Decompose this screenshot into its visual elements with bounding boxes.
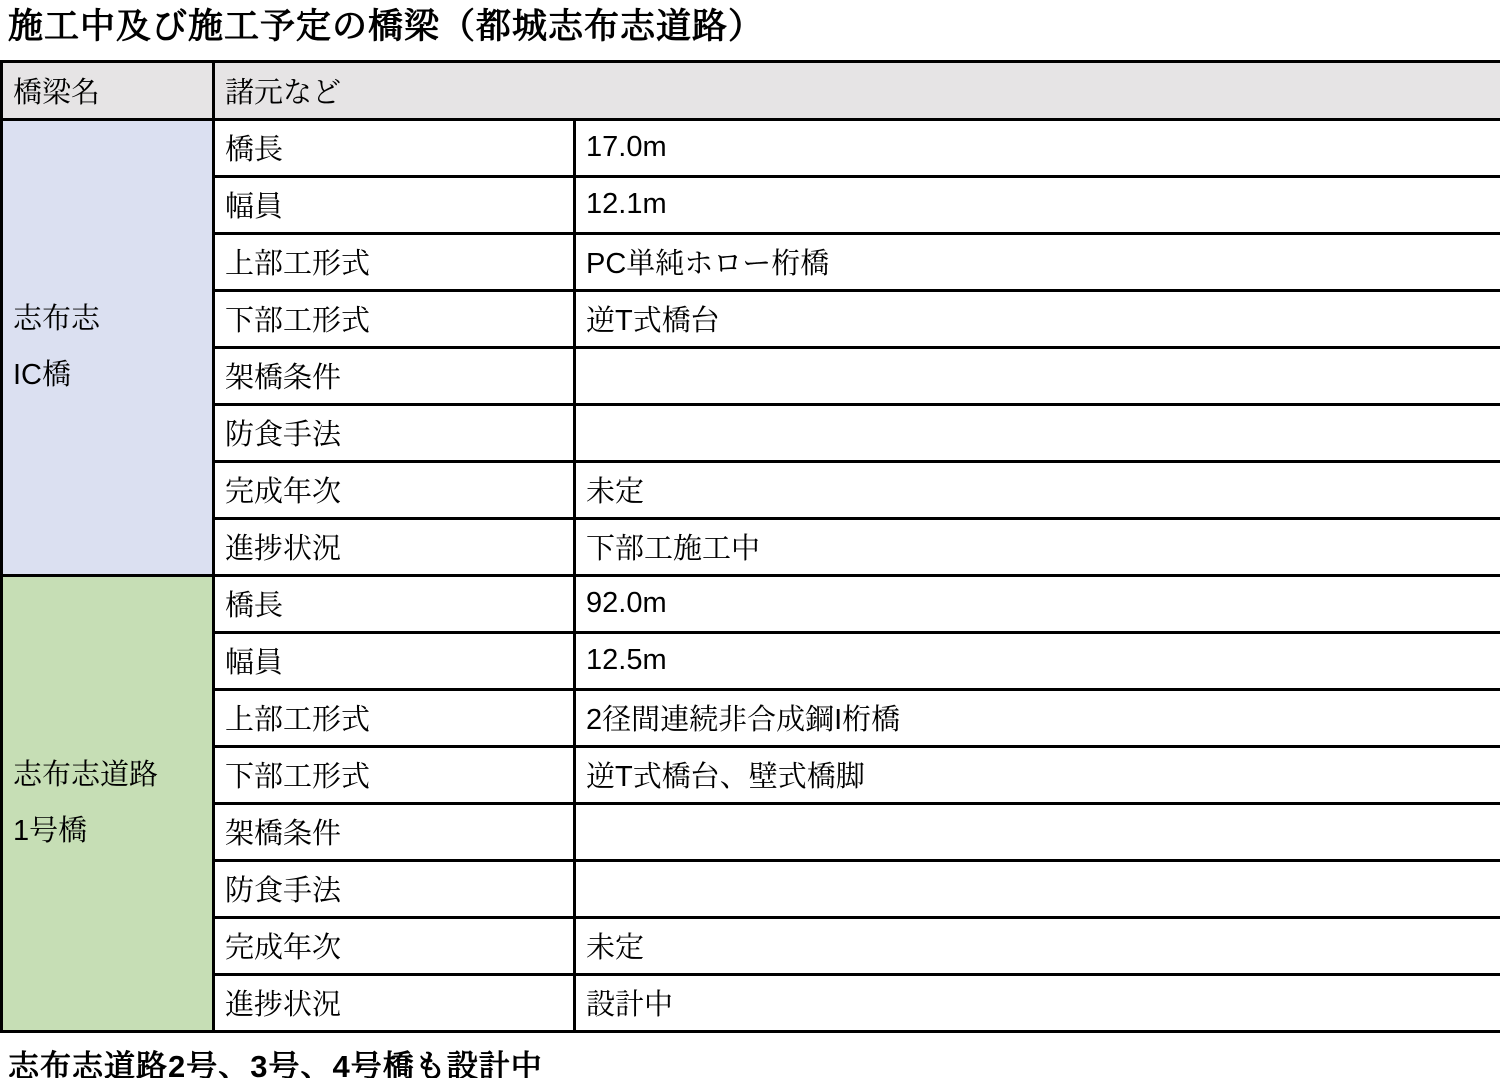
- header-specs: 諸元など: [214, 61, 1500, 119]
- table-row: 下部工形式逆T式橋台: [2, 290, 1500, 347]
- table-row: 進捗状況下部工施工中: [2, 518, 1500, 575]
- spec-label-cell: 進捗状況: [214, 518, 575, 575]
- bridge-name-cell: 志布志道路1号橋: [2, 575, 214, 1031]
- spec-label-cell: 完成年次: [214, 917, 575, 974]
- spec-label-cell: 上部工形式: [214, 233, 575, 290]
- bridge-table: 橋梁名 諸元など 志布志IC橋橋長17.0m幅員12.1m上部工形式PC単純ホロ…: [0, 60, 1500, 1033]
- spec-label-cell: 上部工形式: [214, 689, 575, 746]
- spec-label-cell: 橋長: [214, 119, 575, 176]
- header-bridge-name: 橋梁名: [2, 61, 214, 119]
- page-title: 施工中及び施工予定の橋梁（都城志布志道路）: [0, 0, 1500, 60]
- spec-value-cell: 17.0m: [575, 119, 1500, 176]
- spec-value-cell: [575, 860, 1500, 917]
- spec-label-cell: 幅員: [214, 632, 575, 689]
- spec-value-cell: 12.1m: [575, 176, 1500, 233]
- spec-label-cell: 防食手法: [214, 860, 575, 917]
- table-row: 完成年次未定: [2, 917, 1500, 974]
- spec-value-cell: 逆T式橋台、壁式橋脚: [575, 746, 1500, 803]
- table-row: 防食手法: [2, 860, 1500, 917]
- spec-value-cell: 下部工施工中: [575, 518, 1500, 575]
- table-row: 完成年次未定: [2, 461, 1500, 518]
- spec-value-cell: 未定: [575, 461, 1500, 518]
- spec-value-cell: 92.0m: [575, 575, 1500, 632]
- page: 施工中及び施工予定の橋梁（都城志布志道路） 橋梁名 諸元など 志布志IC橋橋長1…: [0, 0, 1500, 1078]
- spec-value-cell: [575, 404, 1500, 461]
- spec-value-cell: 2径間連続非合成鋼I桁橋: [575, 689, 1500, 746]
- spec-value-cell: [575, 347, 1500, 404]
- spec-label-cell: 下部工形式: [214, 290, 575, 347]
- table-row: 幅員12.5m: [2, 632, 1500, 689]
- table-row: 下部工形式逆T式橋台、壁式橋脚: [2, 746, 1500, 803]
- spec-label-cell: 橋長: [214, 575, 575, 632]
- spec-label-cell: 進捗状況: [214, 974, 575, 1031]
- table-row: 進捗状況設計中: [2, 974, 1500, 1031]
- spec-value-cell: [575, 803, 1500, 860]
- table-body: 志布志IC橋橋長17.0m幅員12.1m上部工形式PC単純ホロー桁橋下部工形式逆…: [2, 119, 1500, 1031]
- footer-note: 志布志道路2号、3号、4号橋も設計中: [0, 1033, 1500, 1078]
- table-row: 志布志IC橋橋長17.0m: [2, 119, 1500, 176]
- table-row: 架橋条件: [2, 803, 1500, 860]
- table-header-row: 橋梁名 諸元など: [2, 61, 1500, 119]
- spec-label-cell: 下部工形式: [214, 746, 575, 803]
- spec-value-cell: 設計中: [575, 974, 1500, 1031]
- bridge-name-line: 志布志: [13, 291, 212, 347]
- spec-label-cell: 架橋条件: [214, 347, 575, 404]
- table-row: 幅員12.1m: [2, 176, 1500, 233]
- spec-value-cell: PC単純ホロー桁橋: [575, 233, 1500, 290]
- bridge-name-line: 1号橋: [13, 803, 212, 859]
- spec-value-cell: 逆T式橋台: [575, 290, 1500, 347]
- spec-label-cell: 完成年次: [214, 461, 575, 518]
- bridge-name-line: IC橋: [13, 347, 212, 403]
- spec-value-cell: 12.5m: [575, 632, 1500, 689]
- bridge-name-line: 志布志道路: [13, 747, 212, 803]
- table-row: 志布志道路1号橋橋長92.0m: [2, 575, 1500, 632]
- table-row: 架橋条件: [2, 347, 1500, 404]
- spec-value-cell: 未定: [575, 917, 1500, 974]
- spec-label-cell: 架橋条件: [214, 803, 575, 860]
- bridge-name-cell: 志布志IC橋: [2, 119, 214, 575]
- spec-label-cell: 防食手法: [214, 404, 575, 461]
- table-row: 上部工形式PC単純ホロー桁橋: [2, 233, 1500, 290]
- table-row: 防食手法: [2, 404, 1500, 461]
- spec-label-cell: 幅員: [214, 176, 575, 233]
- table-row: 上部工形式2径間連続非合成鋼I桁橋: [2, 689, 1500, 746]
